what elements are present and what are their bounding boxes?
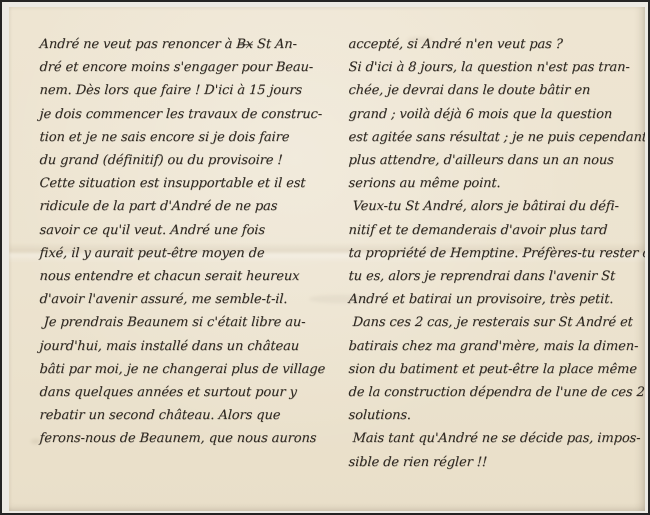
handwriting-line: bâti par moi, je ne changerai plus de vi… [39, 358, 332, 381]
handwriting-line: grand ; voilà déjà 6 mois que la questio… [348, 103, 645, 126]
letter-page-left: André ne veut pas renoncer à B̶x̶ St An-… [39, 33, 331, 451]
handwriting-line: ridicule de la part d'André de ne pas [39, 195, 332, 218]
handwriting-line: dans quelques années et surtout pour y [39, 381, 332, 404]
handwriting-line: ta propriété de Hemptine. Préfères-tu re… [348, 242, 645, 265]
handwriting-line: nitif et te demanderais d'avoir plus tar… [348, 219, 645, 242]
handwriting-line: ferons-nous de Beaunem, que nous aurons [39, 427, 332, 450]
handwriting-line: de la construction dépendra de l'une de … [348, 381, 645, 404]
handwriting-line: jourd'hui, mais installé dans un château [39, 335, 332, 358]
handwriting-line: Dans ces 2 cas, je resterais sur St Andr… [348, 311, 645, 334]
handwriting-line: serions au même point. [348, 172, 645, 195]
letter-page-right: accepté, si André n'en veut pas ?Si d'ic… [348, 33, 645, 474]
handwriting-line: Mais tant qu'André ne se décide pas, imp… [348, 427, 645, 450]
handwriting-line: fixé, il y aurait peut-être moyen de [39, 242, 332, 265]
handwriting-line: plus attendre, d'ailleurs dans un an nou… [348, 149, 645, 172]
handwriting-line: tion et je ne sais encore si je dois fai… [39, 126, 332, 149]
handwriting-line: du grand (définitif) ou du provisoire ! [39, 149, 332, 172]
handwriting-line: d'avoir l'avenir assuré, me semble-t-il. [39, 288, 332, 311]
handwriting-line: Veux-tu St André, alors je bâtirai du dé… [348, 195, 645, 218]
letter-paper: André ne veut pas renoncer à B̶x̶ St An-… [9, 7, 645, 511]
handwriting-line: André et batirai un provisoire, très pet… [348, 288, 645, 311]
handwriting-line: André ne veut pas renoncer à B̶x̶ St An- [39, 33, 332, 56]
handwriting-line: accepté, si André n'en veut pas ? [348, 33, 645, 56]
handwriting-line: nous entendre et chacun serait heureux [39, 265, 332, 288]
handwriting-line: solutions. [348, 404, 645, 427]
handwriting-line: tu es, alors je reprendrai dans l'avenir… [348, 265, 645, 288]
handwriting-line: savoir ce qu'il veut. André une fois [39, 219, 332, 242]
handwriting-line: sible de rien régler !! [348, 451, 645, 474]
scan-frame: André ne veut pas renoncer à B̶x̶ St An-… [0, 0, 650, 515]
handwriting-line: Je prendrais Beaunem si c'était libre au… [39, 311, 332, 334]
handwriting-line: batirais chez ma grand'mère, mais la dim… [348, 335, 645, 358]
handwriting-line: dré et encore moins s'engager pour Beau- [39, 56, 332, 79]
handwriting-line: Cette situation est insupportable et il … [39, 172, 332, 195]
handwriting-line: chée, je devrai dans le doute bâtir en [348, 79, 645, 102]
handwriting-line: nem. Dès lors que faire ! D'ici à 15 jou… [39, 79, 332, 102]
handwriting-line: Si d'ici à 8 jours, la question n'est pa… [348, 56, 645, 79]
handwriting-line: sion du batiment et peut-être la place m… [348, 358, 645, 381]
handwriting-line: rebatir un second château. Alors que [39, 404, 332, 427]
handwriting-line: est agitée sans résultat ; je ne puis ce… [348, 126, 645, 149]
handwriting-line: je dois commencer les travaux de constru… [39, 103, 332, 126]
